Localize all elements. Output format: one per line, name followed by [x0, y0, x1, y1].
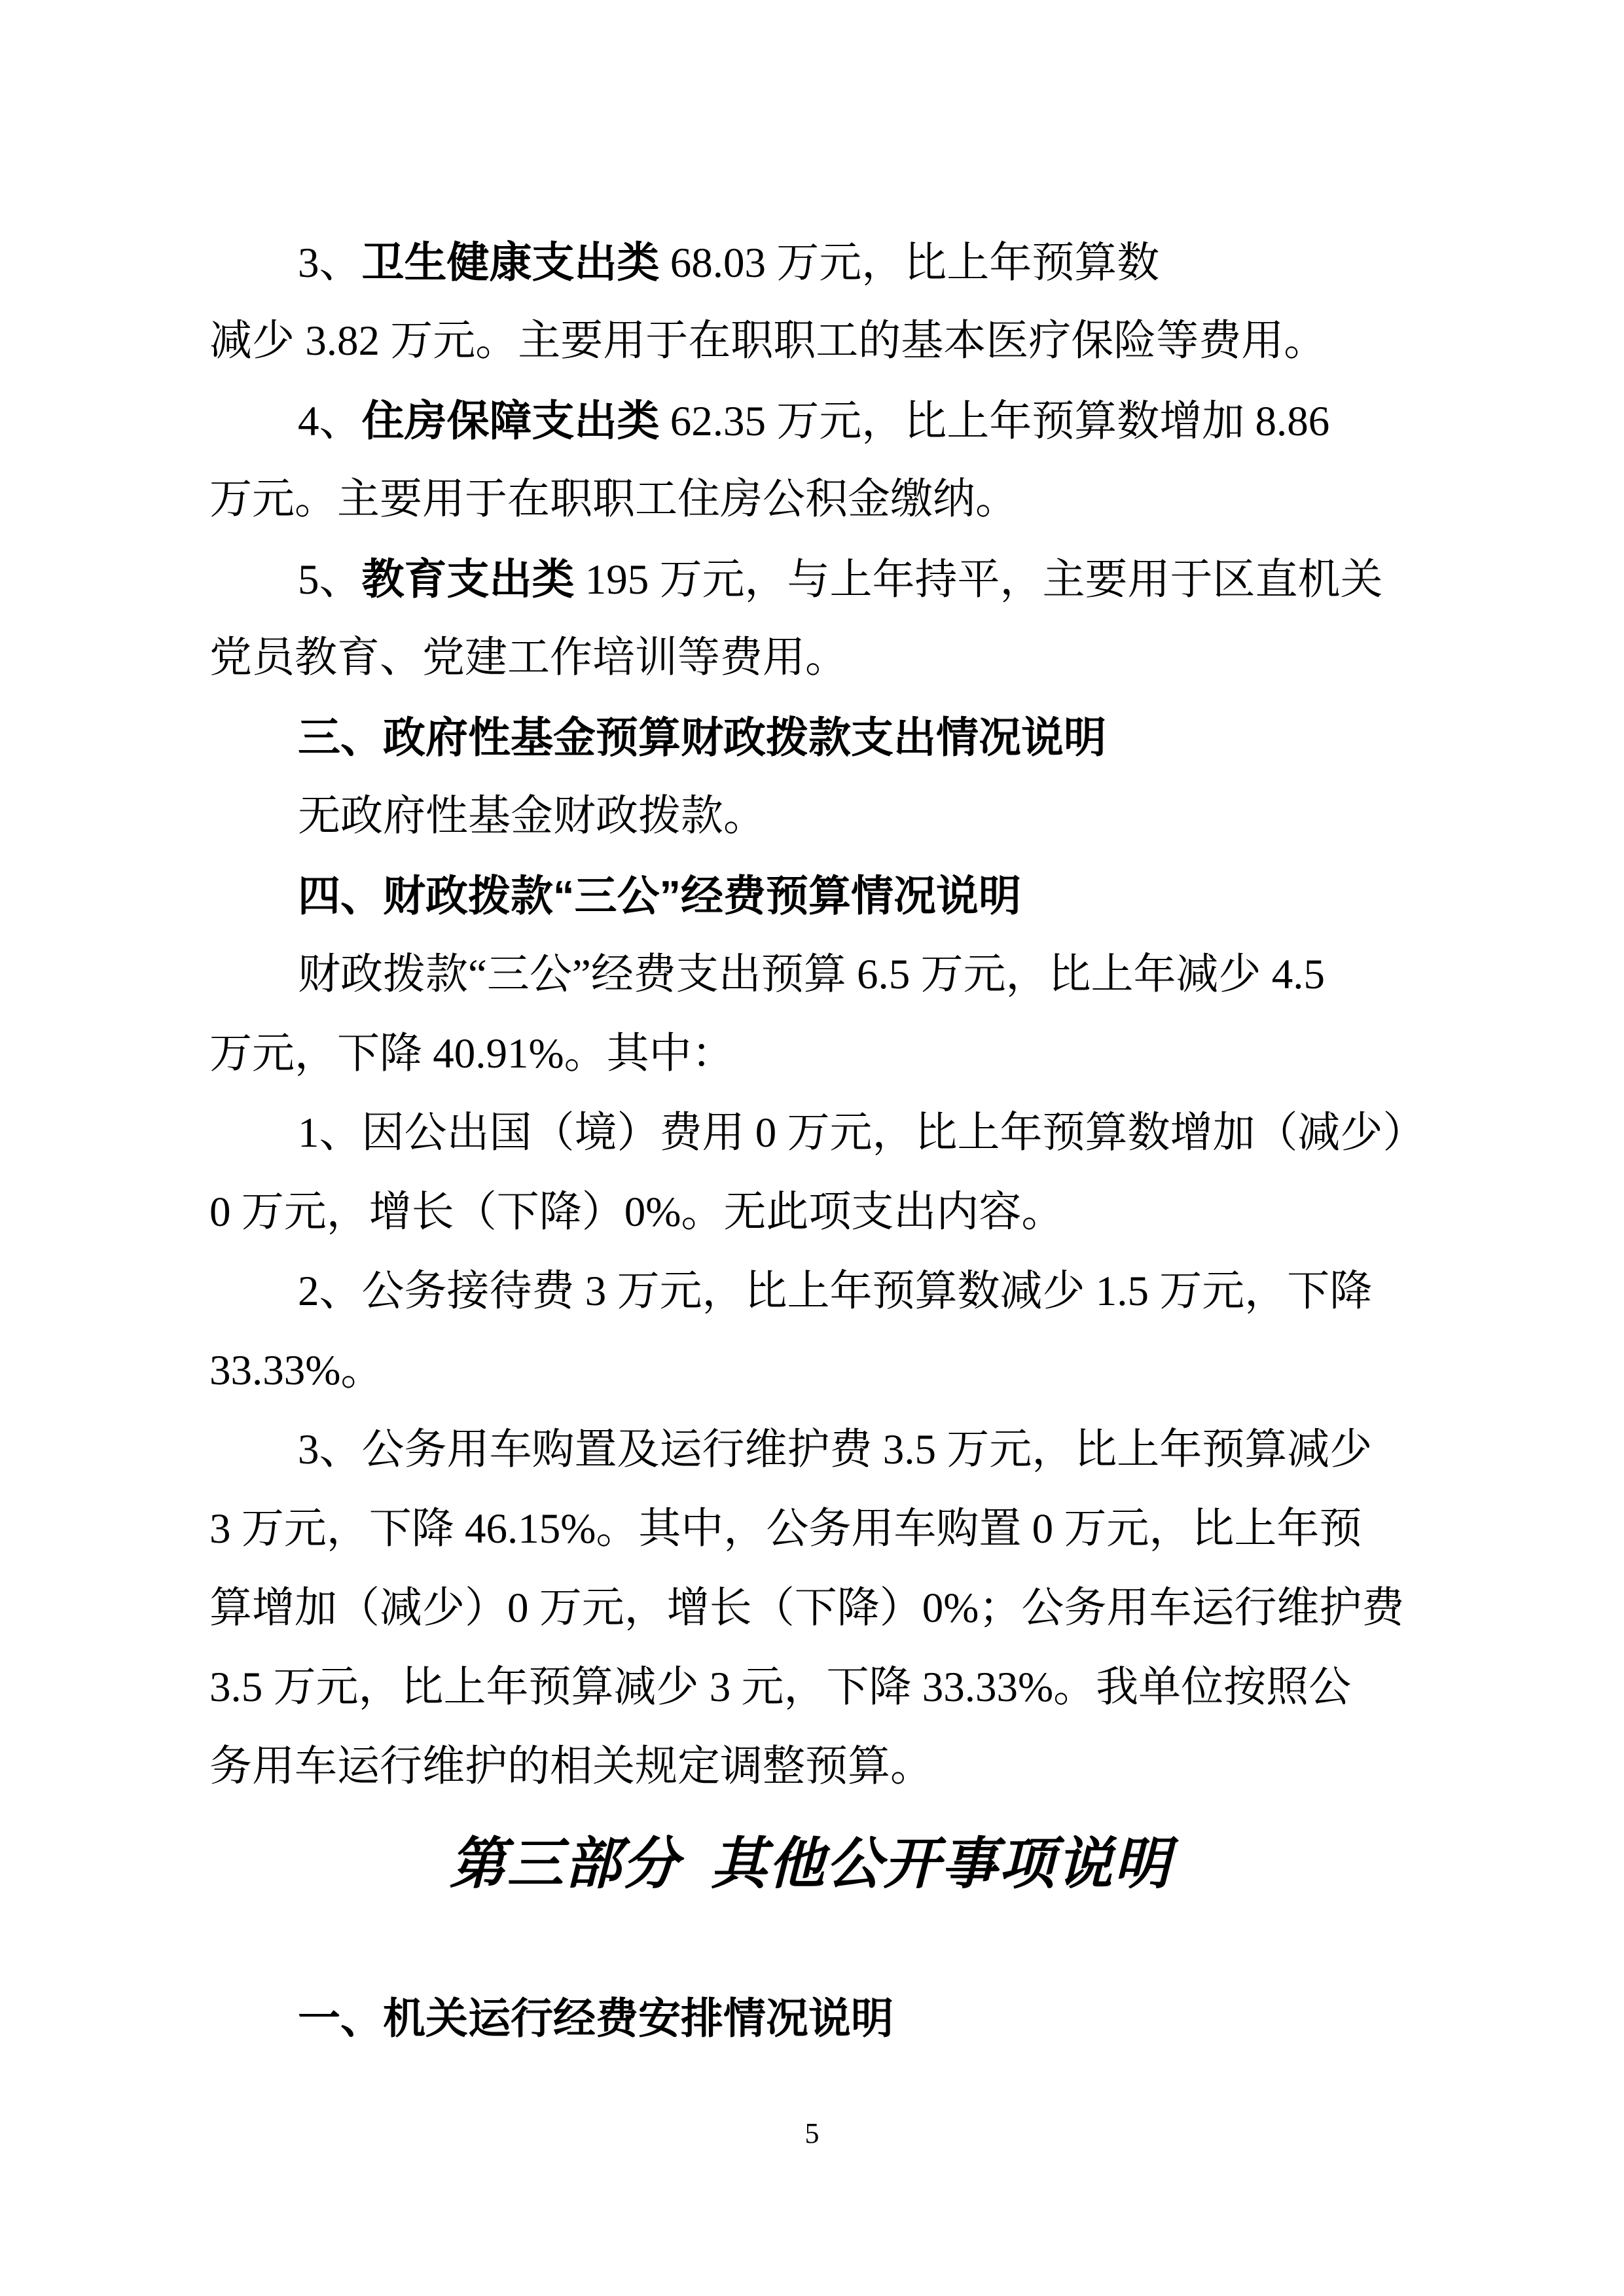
document-line: 三、政府性基金预算财政拨款支出情况说明: [209, 698, 1411, 777]
text-run: 195 万元，与上年持平，主要用于区直机关: [575, 556, 1383, 603]
bold-text-run: 卫生健康支出类: [362, 238, 660, 286]
document-line: 万元。主要用于在职职工住房公积金缴纳。: [209, 460, 1411, 539]
document-line: 四、财政拨款“三公”经费预算情况说明: [209, 856, 1411, 935]
text-run: 万元。主要用于在职职工住房公积金缴纳。: [209, 476, 1018, 523]
text-run: 5、: [298, 556, 362, 603]
document-line: 5、教育支出类 195 万元，与上年持平，主要用于区直机关: [209, 539, 1411, 619]
text-run: 0 万元，增长（下降）0%。无此项支出内容。: [209, 1189, 1064, 1236]
text-run: 减少 3.82 万元。主要用于在职职工的基本医疗保险等费用。: [209, 317, 1326, 365]
document-line: 1、因公出国（境）费用 0 万元，比上年预算数增加（减少）: [209, 1094, 1411, 1173]
document-lines: 3、卫生健康支出类 68.03 万元，比上年预算数减少 3.82 万元。主要用于…: [209, 223, 1411, 1806]
document-line: 减少 3.82 万元。主要用于在职职工的基本医疗保险等费用。: [209, 302, 1411, 381]
document-line: 无政府性基金财政拨款。: [209, 777, 1411, 856]
text-run: 3 万元，下降 46.15%。其中，公务用车购置 0 万元，比上年预: [209, 1505, 1362, 1552]
text-run: 万元，下降 40.91%。其中：: [209, 1030, 734, 1077]
document-line: 33.33%。: [209, 1331, 1411, 1410]
bold-text-run: 四、财政拨款“三公”经费预算情况说明: [298, 872, 1021, 920]
text-run: 党员教育、党建工作培训等费用。: [209, 634, 848, 681]
document-line: 4、住房保障支出类 62.35 万元，比上年预算数增加 8.86: [209, 381, 1411, 460]
document-page: 3、卫生健康支出类 68.03 万元，比上年预算数减少 3.82 万元。主要用于…: [0, 0, 1624, 2296]
bold-text-run: 三、政府性基金预算财政拨款支出情况说明: [298, 713, 1106, 761]
document-line: 3.5 万元，比上年预算减少 3 元，下降 33.33%。我单位按照公: [209, 1648, 1411, 1727]
subheading: 一、机关运行经费安排情况说明: [209, 1979, 1411, 2058]
text-run: 62.35 万元，比上年预算数增加 8.86: [660, 398, 1330, 445]
text-run: 3.5 万元，比上年预算减少 3 元，下降 33.33%。我单位按照公: [209, 1664, 1351, 1711]
document-body: 3、卫生健康支出类 68.03 万元，比上年预算数减少 3.82 万元。主要用于…: [209, 223, 1411, 2058]
document-line: 万元，下降 40.91%。其中：: [209, 1014, 1411, 1094]
document-line: 3、公务用车购置及运行维护费 3.5 万元，比上年预算减少: [209, 1410, 1411, 1490]
text-run: 1、因公出国（境）费用 0 万元，比上年预算数增加（减少）: [298, 1109, 1426, 1157]
section-title: 第三部分 其他公开事项说明: [209, 1825, 1411, 1903]
bold-text-run: 住房保障支出类: [362, 397, 660, 444]
document-line: 0 万元，增长（下降）0%。无此项支出内容。: [209, 1173, 1411, 1252]
text-run: 算增加（减少）0 万元，增长（下降）0%；公务用车运行维护费: [209, 1585, 1404, 1632]
text-run: 财政拨款“三公”经费支出预算 6.5 万元，比上年减少 4.5: [298, 951, 1325, 998]
document-line: 2、公务接待费 3 万元，比上年预算数减少 1.5 万元，下降: [209, 1252, 1411, 1331]
text-run: 33.33%。: [209, 1347, 383, 1394]
document-line: 财政拨款“三公”经费支出预算 6.5 万元，比上年减少 4.5: [209, 935, 1411, 1014]
text-run: 2、公务接待费 3 万元，比上年预算数减少 1.5 万元，下降: [298, 1268, 1372, 1315]
document-line: 3、卫生健康支出类 68.03 万元，比上年预算数: [209, 223, 1411, 302]
document-line: 算增加（减少）0 万元，增长（下降）0%；公务用车运行维护费: [209, 1569, 1411, 1648]
page-number: 5: [0, 2114, 1624, 2153]
text-run: 无政府性基金财政拨款。: [298, 793, 766, 840]
text-run: 68.03 万元，比上年预算数: [660, 240, 1160, 287]
document-line: 务用车运行维护的相关规定调整预算。: [209, 1727, 1411, 1806]
text-run: 务用车运行维护的相关规定调整预算。: [209, 1743, 933, 1790]
document-line: 党员教育、党建工作培训等费用。: [209, 619, 1411, 698]
bold-text-run: 教育支出类: [362, 555, 575, 603]
text-run: 3、公务用车购置及运行维护费 3.5 万元，比上年预算减少: [298, 1426, 1372, 1473]
text-run: 3、: [298, 240, 362, 287]
text-run: 4、: [298, 398, 362, 445]
document-line: 3 万元，下降 46.15%。其中，公务用车购置 0 万元，比上年预: [209, 1490, 1411, 1569]
